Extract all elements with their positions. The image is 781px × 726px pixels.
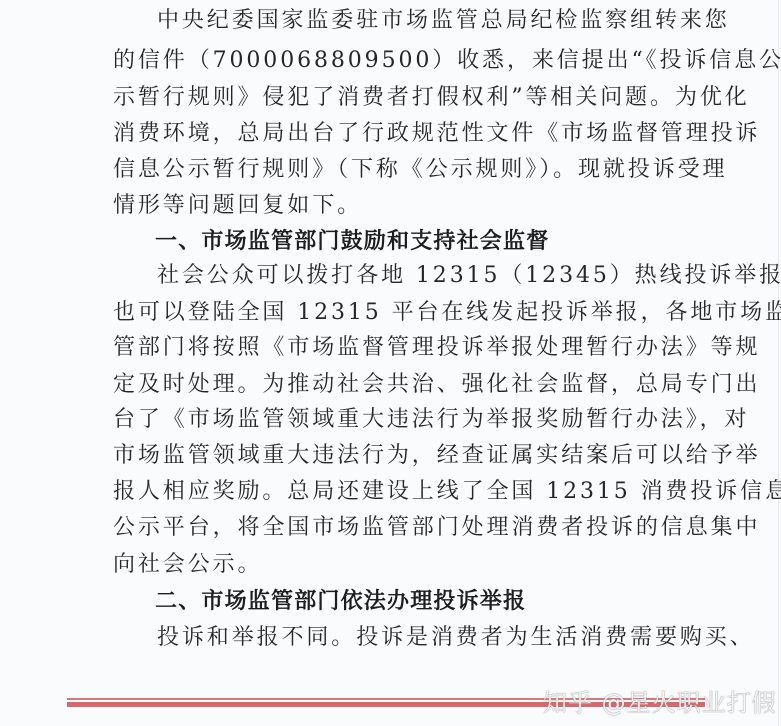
paragraph-1-line-2: 的信件（7000068809500）收悉，来信提出“《投诉信息公 bbox=[113, 43, 781, 79]
page-edge bbox=[778, 0, 779, 726]
paragraph-2-line-1: 社会公众可以拨打各地 12315（12345）热线投诉举报， bbox=[157, 258, 781, 294]
paragraph-2-line-7: 报人相应奖励。总局还建设上线了全国 12315 消费投诉信息 bbox=[113, 474, 781, 510]
paragraph-1-line-6: 情形等问题回复如下。 bbox=[113, 188, 362, 224]
paragraph-3-line-1: 投诉和举报不同。投诉是消费者为生活消费需要购买、 bbox=[157, 620, 755, 656]
section-heading-1: 一、市场监管部门鼓励和支持社会监督 bbox=[155, 224, 549, 260]
paragraph-2-line-5: 台了《市场监管领域重大违法行为举报奖励暂行办法》，对 bbox=[113, 402, 749, 438]
watermark: 知乎 @星火职业打假 bbox=[543, 683, 777, 718]
paragraph-2-line-2: 也可以登陆全国 12315 平台在线发起投诉举报，各地市场监 bbox=[113, 295, 781, 331]
paragraph-2-line-3: 管部门将按照《市场监督管理投诉举报处理暂行办法》等规 bbox=[113, 330, 760, 366]
paragraph-1-line-4: 消费环境，总局出台了行政规范性文件《市场监督管理投诉 bbox=[113, 116, 760, 152]
paragraph-2-line-8: 公示平台，将全国市场监管部门处理消费者投诉的信息集中 bbox=[113, 510, 760, 546]
paragraph-1-line-3: 示暂行规则》侵犯了消费者打假权利”等相关问题。为优化 bbox=[113, 80, 750, 116]
paragraph-1-line-1: 中央纪委国家监委驻市场监管总局纪检监察组转来您 bbox=[157, 3, 730, 39]
paragraph-2-line-4: 定及时处理。为推动社会共治、强化社会监督，总局专门出 bbox=[113, 367, 760, 403]
paragraph-1-line-5: 信息公示暂行规则》（下称《公示规则》）。现就投诉受理 bbox=[113, 152, 727, 188]
paragraph-2-line-9: 向社会公示。 bbox=[113, 547, 262, 583]
paragraph-2-line-6: 市场监管领域重大违法行为，经查证属实结案后可以给予举 bbox=[113, 438, 760, 474]
section-heading-2: 二、市场监管部门依法办理投诉举报 bbox=[155, 584, 526, 620]
